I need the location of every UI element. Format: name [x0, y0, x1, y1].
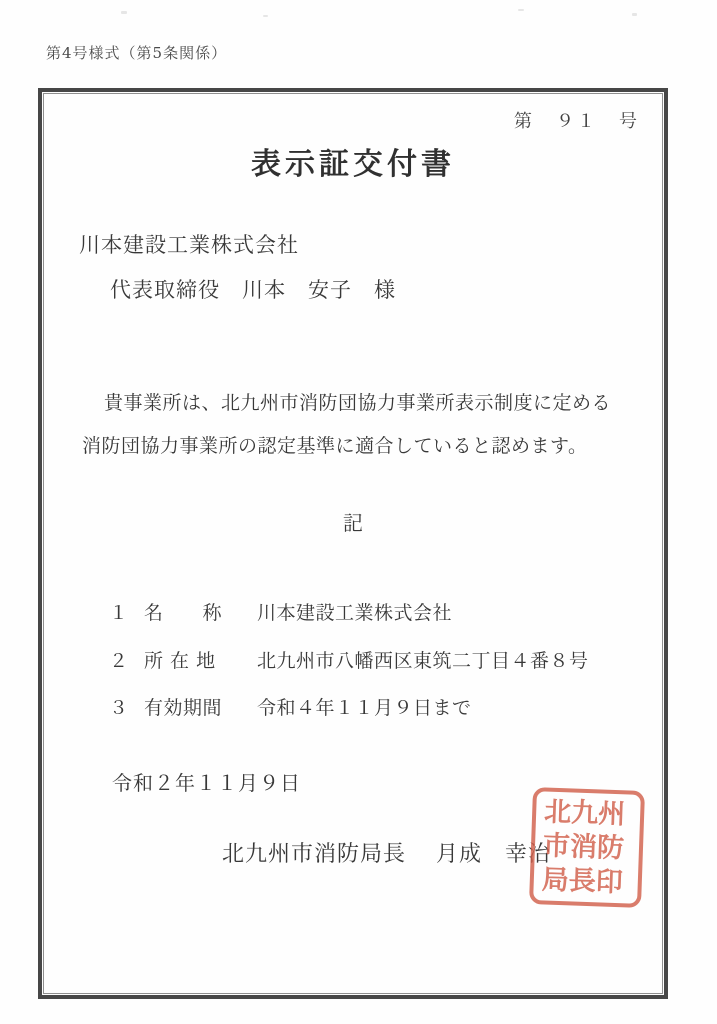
issuer-title: 北九州市消防局長: [222, 842, 406, 867]
seal-row: 局長印: [541, 864, 630, 898]
item-number: ３: [109, 693, 144, 720]
form-style-label: 第4号様式（第5条関係）: [46, 42, 227, 63]
body-text-line-1: 貴事業所は、北九州市消防団協力事業所表示制度に定める: [82, 388, 611, 415]
scan-artifact: [632, 13, 637, 16]
item-number: １: [109, 598, 144, 625]
list-item-name: １名 称川本建設工業株式会社: [109, 598, 452, 625]
item-value: 令和４年１１月９日まで: [257, 697, 472, 719]
seal-row: 北九州: [544, 796, 633, 830]
scan-artifact: [263, 15, 268, 17]
item-label: 名 称: [144, 598, 257, 625]
item-value: 北九州市八幡西区東筑二丁目４番８号: [257, 650, 589, 672]
item-number: ２: [109, 646, 144, 673]
body-text-line-2: 消防団協力事業所の認定基準に適合していると認めます。: [82, 431, 587, 458]
item-value: 川本建設工業株式会社: [257, 602, 452, 624]
recipient-company: 川本建設工業株式会社: [79, 229, 299, 259]
seal-row: 市消防: [542, 830, 631, 864]
scanned-certificate-page: 第4号様式（第5条関係） 第 ９１ 号 表示証交付書 川本建設工業株式会社 代表…: [0, 0, 717, 1024]
official-seal: 北九州 市消防 局長印: [529, 787, 645, 908]
list-item-address: ２所 在 地北九州市八幡西区東筑二丁目４番８号: [109, 646, 589, 673]
scan-artifact: [518, 9, 524, 11]
certificate-border: 第 ９１ 号 表示証交付書 川本建設工業株式会社 代表取締役 川本 安子 様 貴…: [38, 88, 668, 999]
item-label: 有効期間: [144, 693, 257, 720]
issuer-signature: 北九州市消防局長月成 幸治: [222, 837, 551, 868]
issue-date: 令和２年１１月９日: [112, 767, 301, 796]
note-heading: 記: [42, 507, 664, 536]
item-label: 所 在 地: [144, 646, 257, 673]
page-title: 表示証交付書: [42, 139, 664, 183]
certificate-content: 第 ９１ 号 表示証交付書 川本建設工業株式会社 代表取締役 川本 安子 様 貴…: [42, 92, 664, 995]
list-item-validity: ３有効期間令和４年１１月９日まで: [109, 693, 472, 720]
recipient-representative: 代表取締役 川本 安子 様: [110, 274, 396, 304]
document-number: 第 ９１ 号: [514, 107, 640, 133]
scan-artifact: [121, 11, 127, 14]
